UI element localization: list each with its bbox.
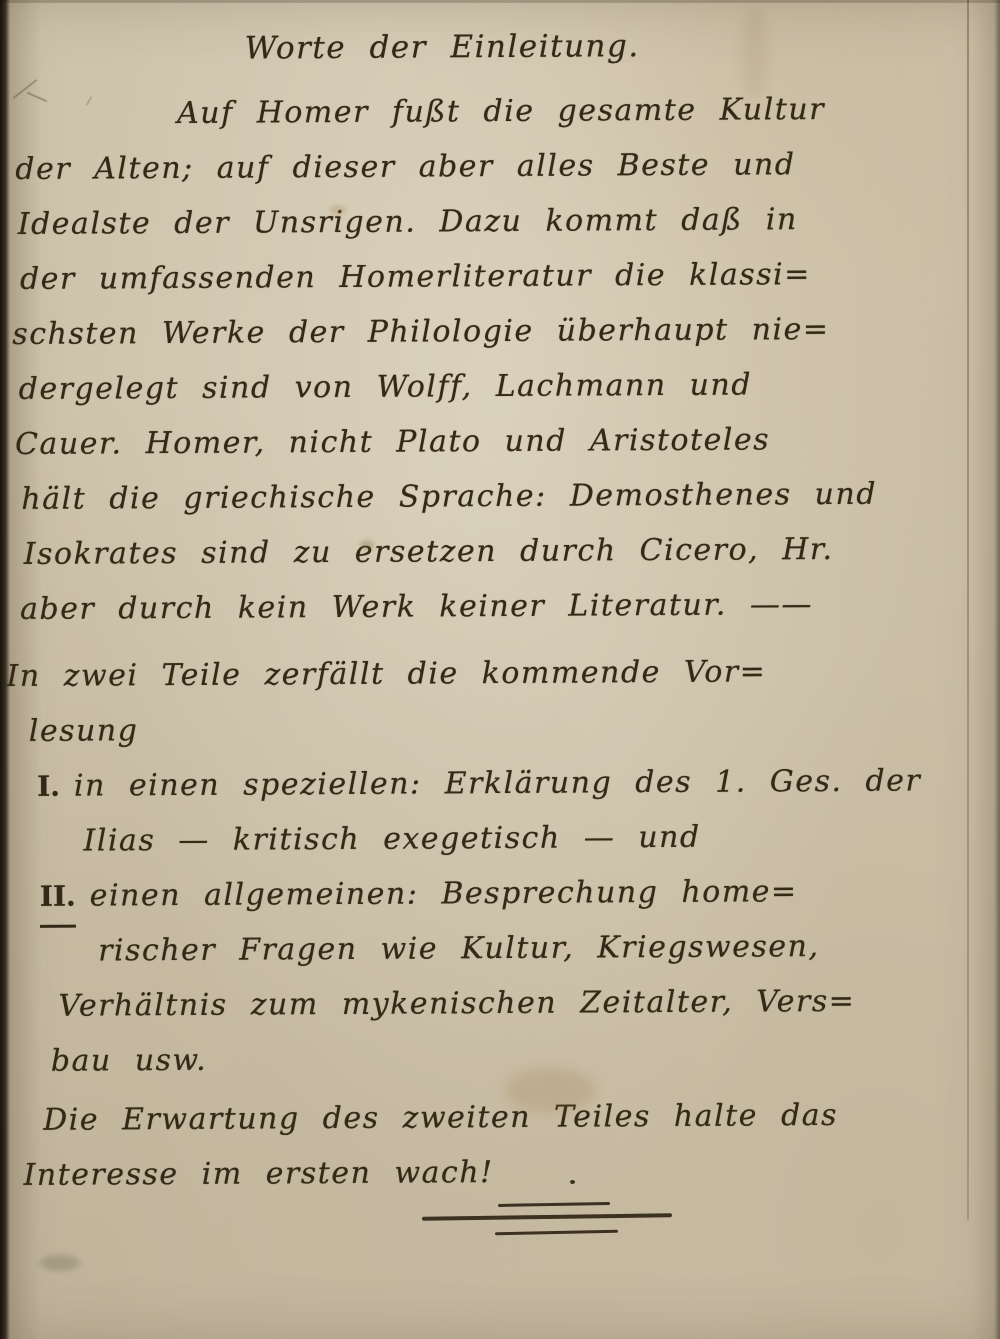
- flourish-line-middle: [422, 1213, 672, 1220]
- manuscript-line: der Alten; auf dieser aber alles Beste u…: [15, 136, 997, 197]
- manuscript-line: hält die griechische Sprache: Demosthene…: [21, 466, 999, 527]
- flourish-line-top: [498, 1202, 610, 1207]
- manuscript-item-1: I.in einen speziellen: Erklärung des 1. …: [37, 753, 1000, 814]
- manuscript-line: aber durch kein Werk keiner Literatur. —…: [20, 576, 1000, 637]
- paper-stain: [330, 205, 346, 215]
- manuscript-scan: Worte der Einleitung. Auf Homer fußt die…: [0, 0, 1000, 1339]
- manuscript-item-2: II.einen allgemeinen: Besprechung home=: [40, 863, 1000, 924]
- manuscript-line: Verhältnis zum mykenischen Zeitalter, Ve…: [58, 973, 1000, 1034]
- manuscript-line: Isokrates sind zu ersetzen durch Cicero,…: [24, 521, 1000, 582]
- manuscript-line: Cauer. Homer, nicht Plato und Aristotele…: [15, 411, 999, 472]
- manuscript-line: dergelegt sind von Wolff, Lachmann und: [19, 356, 999, 417]
- page-top-edge: [0, 0, 1000, 3]
- item-marker-1: I.: [37, 759, 60, 814]
- paper-stain: [742, 8, 768, 98]
- end-flourish: [420, 1175, 680, 1245]
- page-right-edge: [994, 0, 1000, 1339]
- manuscript-title: Worte der Einleitung.: [244, 15, 996, 78]
- flourish-dot: [570, 1180, 575, 1184]
- manuscript-line: In zwei Teile zerfällt die kommende Vor=: [6, 643, 1000, 704]
- paper-stain: [505, 1068, 595, 1112]
- paper-stain: [360, 540, 374, 550]
- manuscript-line: Idealste der Unsrigen. Dazu kommt daß in: [18, 191, 998, 252]
- margin-rule-line: [967, 0, 969, 1220]
- manuscript-line: rischer Fragen wie Kultur, Kriegswesen,: [98, 918, 1000, 979]
- manuscript-line: einen allgemeinen: Besprechung home=: [90, 874, 798, 913]
- manuscript-line: lesung: [29, 698, 1000, 759]
- manuscript-text: Worte der Einleitung. Auf Homer fußt die…: [0, 0, 1000, 1203]
- flourish-line-bottom: [495, 1230, 618, 1236]
- manuscript-line: Auf Homer fußt die gesamte Kultur: [177, 81, 997, 141]
- manuscript-line: Ilias — kritisch exegetisch — und: [83, 808, 1000, 869]
- manuscript-line: der umfassenden Homerliteratur die klass…: [20, 246, 998, 307]
- item-marker-2: II.: [40, 869, 76, 928]
- paper-stain: [40, 1255, 80, 1271]
- manuscript-line: schsten Werke der Philologie überhaupt n…: [12, 301, 998, 362]
- binding-shadow: [0, 0, 10, 1339]
- manuscript-line: in einen speziellen: Erklärung des 1. Ge…: [74, 763, 922, 803]
